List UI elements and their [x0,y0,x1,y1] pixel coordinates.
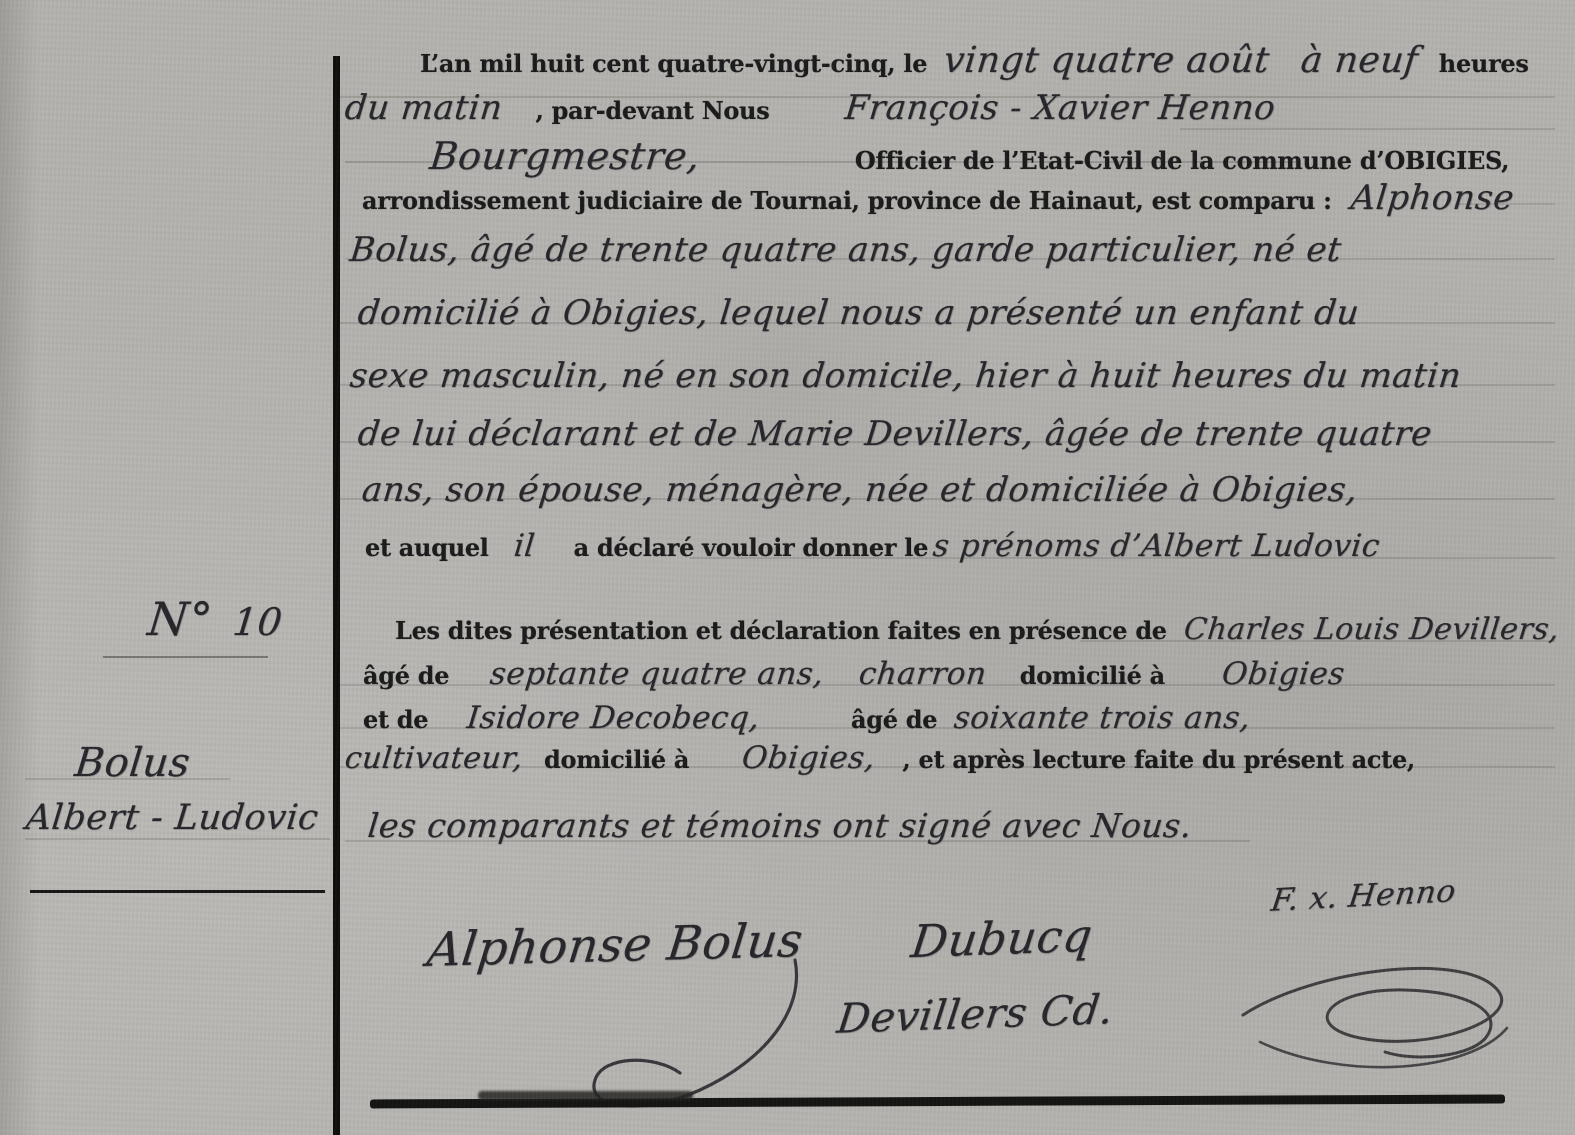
handwritten-title: Bourgmestre, [428,134,702,178]
handwritten-place: Obigies [1220,656,1346,692]
handwritten-witness1-name: Charles Louis Devillers, [1182,612,1561,647]
act-line-5: Bolus, âgé de trente quatre ans, garde p… [350,230,1341,270]
act-line-2: du matin , par-devant Nous François - Xa… [345,88,1275,128]
act-number-value: 10 [231,600,285,644]
handwritten-age: septante quatre ans, [488,656,825,692]
handwritten-text: il [512,528,537,564]
printed-text: domicilié à [1020,661,1165,690]
printed-text: heures [1439,49,1529,78]
signature-paraph-officer [1235,920,1525,1085]
handwritten-date: vingt quatre août [942,40,1272,81]
act-line-9: ans, son épouse, ménagère, née et domici… [362,470,1357,510]
act-line-10: et auquel il a déclaré vouloir donner le… [365,528,1380,564]
printed-text: Officier de l’Etat-Civil de la commune d… [855,146,1509,175]
act-line-7: sexe masculin, né en son domicile, hier … [350,356,1461,396]
act-line-6: domicilié à Obigies, lequel nous a prése… [358,293,1359,333]
act-line-15: les comparants et témoins ont signé avec… [368,806,1192,845]
child-surname-text: Bolus [73,740,193,786]
rule-line [25,838,330,840]
printed-text: arrondissement judiciaire de Tournai, pr… [362,186,1332,215]
handwritten-text: Alphonse [1349,178,1516,218]
printed-text: âgé de [851,705,937,734]
printed-text: , par-devant Nous [536,96,770,125]
handwritten-text: du matin [343,88,505,128]
act-line-12: âgé de septante quatre ans, charron domi… [363,656,1345,692]
act-line-8: de lui déclarant et de Marie Devillers, … [358,414,1432,454]
officer-signature-text: F. x. Henno [1269,873,1458,919]
handwritten-place: Obigies, [740,740,877,776]
birth-record-scan: N° 10 Bolus Albert - Ludovic L’an mil hu… [0,0,1575,1135]
margin-vertical-rule [333,56,340,1135]
handwritten-age: soixante trois ans, [952,700,1252,736]
handwritten-occupation: charron [857,656,988,692]
signature-witness-devillers: Devillers Cd. [838,990,1113,1038]
act-line-13: et de Isidore Decobecq, âgé de soixante … [363,700,1251,736]
printed-text: et auquel [365,533,489,562]
act-line-3: Bourgmestre, Officier de l’Etat-Civil de… [430,134,1509,178]
handwritten-hour: à neuf [1299,40,1420,81]
printed-text: L’an mil huit cent quatre-vingt-cinq, le [420,49,927,78]
act-line-11: Les dites présentation et déclaration fa… [395,612,1559,647]
margin-act-number: N° 10 [148,592,283,646]
handwritten-witness2-name: Isidore Decobecq, [465,700,761,736]
printed-text: âgé de [363,661,449,690]
illegible-stamp-smudge [478,1091,693,1100]
printed-text: , et après lecture faite du présent acte… [902,745,1415,774]
handwritten-text: de lui déclarant et de Marie Devillers, … [356,414,1434,454]
act-line-4: arrondissement judiciaire de Tournai, pr… [362,178,1514,218]
child-given-names-text: Albert - Ludovic [24,798,321,838]
witness-devillers-signature-text: Devillers Cd. [834,985,1116,1043]
handwritten-text: domicilié à Obigies, lequel nous a prése… [356,293,1361,333]
handwritten-text: les comparants et témoins ont signé avec… [366,806,1194,845]
handwritten-text: ans, son épouse, ménagère, née et domici… [360,470,1360,510]
printed-text: et de [363,705,428,734]
handwritten-text: Bolus, âgé de trente quatre ans, garde p… [348,230,1344,270]
handwritten-text: sexe masculin, né en son domicile, hier … [348,356,1463,396]
margin-child-given-names: Albert - Ludovic [26,798,318,838]
signature-witness-dubucq: Dubucq [912,912,1092,965]
act-line-1: L’an mil huit cent quatre-vingt-cinq, le… [420,40,1529,81]
witness-dubucq-signature-text: Dubucq [908,909,1095,968]
printed-text: Les dites présentation et déclaration fa… [395,616,1167,645]
rule-line [103,656,268,658]
handwritten-occupation: cultivateur, [343,741,525,776]
printed-text: domicilié à [544,745,689,774]
act-line-14: cultivateur, domicilié à Obigies, , et a… [345,740,1415,776]
handwritten-given-names: s prénoms d’Albert Ludovic [931,528,1382,564]
margin-divider-line [30,890,325,893]
margin-child-surname: Bolus [75,740,190,786]
rule-line [1180,128,1555,130]
printed-text: a déclaré vouloir donner le [574,533,928,562]
signature-officer: F. x. Henno [1272,878,1455,914]
handwritten-officer-name: François - Xavier Henno [842,88,1276,128]
act-number-label: N° [145,592,215,646]
